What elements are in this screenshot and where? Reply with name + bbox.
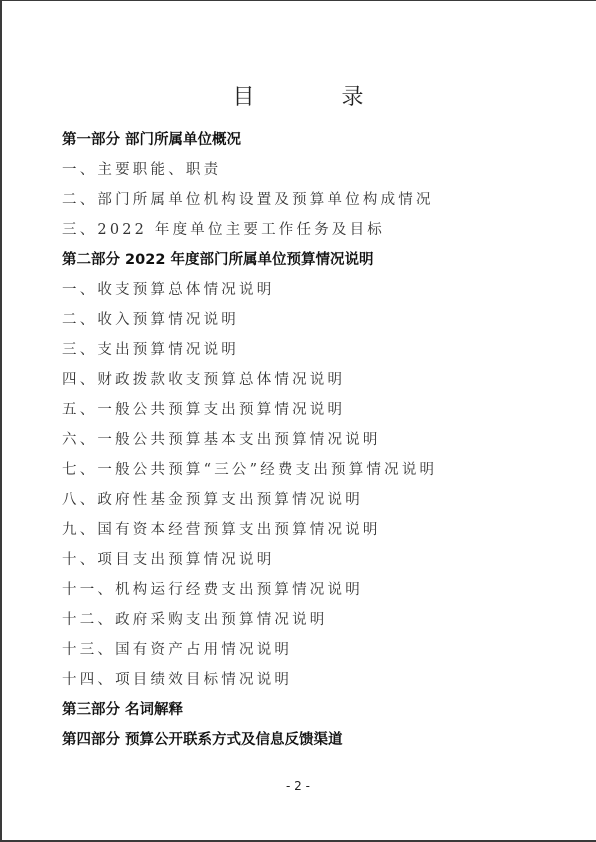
toc-part-heading[interactable]: 第三部分 名词解释 xyxy=(62,697,437,727)
page-title: 目 录 xyxy=(0,80,596,111)
toc-section-item[interactable]: 四、财政拨款收支预算总体情况说明 xyxy=(62,367,437,397)
toc-section-item[interactable]: 十、项目支出预算情况说明 xyxy=(62,547,437,577)
page-border-left xyxy=(0,0,2,842)
toc-section-item[interactable]: 三、支出预算情况说明 xyxy=(62,337,437,367)
toc-section-item[interactable]: 十一、机构运行经费支出预算情况说明 xyxy=(62,577,437,607)
toc-section-item[interactable]: 九、国有资本经营预算支出预算情况说明 xyxy=(62,517,437,547)
toc-section-item[interactable]: 十二、政府采购支出预算情况说明 xyxy=(62,607,437,637)
toc-section-item[interactable]: 二、部门所属单位机构设置及预算单位构成情况 xyxy=(62,187,437,217)
toc-section-item[interactable]: 二、收入预算情况说明 xyxy=(62,307,437,337)
toc-section-item[interactable]: 三、2022 年度单位主要工作任务及目标 xyxy=(62,217,437,247)
toc-part-heading[interactable]: 第四部分 预算公开联系方式及信息反馈渠道 xyxy=(62,727,437,757)
toc-section-item[interactable]: 六、一般公共预算基本支出预算情况说明 xyxy=(62,427,437,457)
toc-section-item[interactable]: 十四、项目绩效目标情况说明 xyxy=(62,667,437,697)
page-border-top xyxy=(0,0,596,1)
toc-section-item[interactable]: 五、一般公共预算支出预算情况说明 xyxy=(62,397,437,427)
toc-part-heading[interactable]: 第二部分 2022 年度部门所属单位预算情况说明 xyxy=(62,247,437,277)
toc-section-item[interactable]: 十三、国有资产占用情况说明 xyxy=(62,637,437,667)
toc-section-item[interactable]: 一、收支预算总体情况说明 xyxy=(62,277,437,307)
page-number: - 2 - xyxy=(0,779,596,793)
toc-section-item[interactable]: 一、主要职能、职责 xyxy=(62,157,437,187)
table-of-contents: 第一部分 部门所属单位概况一、主要职能、职责二、部门所属单位机构设置及预算单位构… xyxy=(62,127,437,757)
toc-part-heading[interactable]: 第一部分 部门所属单位概况 xyxy=(62,127,437,157)
toc-section-item[interactable]: 七、一般公共预算“三公”经费支出预算情况说明 xyxy=(62,457,437,487)
toc-section-item[interactable]: 八、政府性基金预算支出预算情况说明 xyxy=(62,487,437,517)
